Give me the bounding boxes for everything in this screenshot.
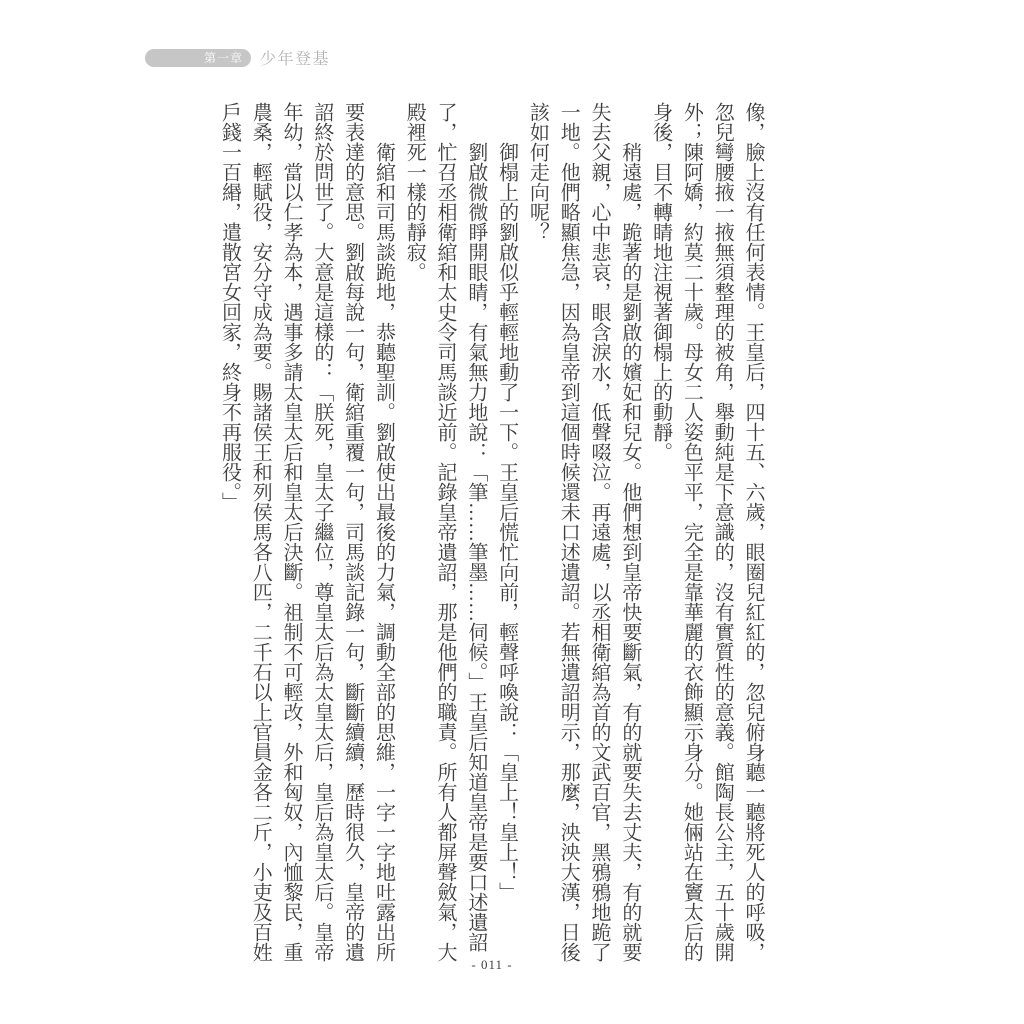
book-page: 第一章 少年登基 像，臉上沒有任何表情。王皇后，四十五、六歲，眼圈兒紅紅的，忽兒… [0,0,1024,1024]
paragraph: 像，臉上沒有任何表情。王皇后，四十五、六歲，眼圈兒紅紅的，忽兒俯身聽一聽將死人的… [645,102,768,964]
paragraph: 劉啟微微睜開眼睛，有氣無力地說：「筆……筆墨……伺候。」王皇后知道皇帝是要口述遺… [398,102,490,964]
paragraph: 稍遠處，跪著的是劉啟的嬪妃和兒女。他們想到皇帝快要斷氣，有的就要失去丈夫，有的就… [522,102,645,964]
paragraph: 衛綰和司馬談跪地，恭聽聖訓。劉啟使出最後的力氣，調動全部的思維，一字一字地吐露出… [214,102,399,964]
chapter-header: 第一章 少年登基 [145,46,330,69]
paragraph: 御榻上的劉啟似乎輕輕地動了一下。王皇后慌忙向前，輕聲呼喚說：「皇上！皇上！」 [491,102,522,964]
chapter-number-badge: 第一章 [145,49,251,67]
body-text: 像，臉上沒有任何表情。王皇后，四十五、六歲，眼圈兒紅紅的，忽兒俯身聽一聽將死人的… [214,102,768,964]
chapter-title: 少年登基 [260,46,330,69]
page-number: - 011 - [412,957,572,973]
